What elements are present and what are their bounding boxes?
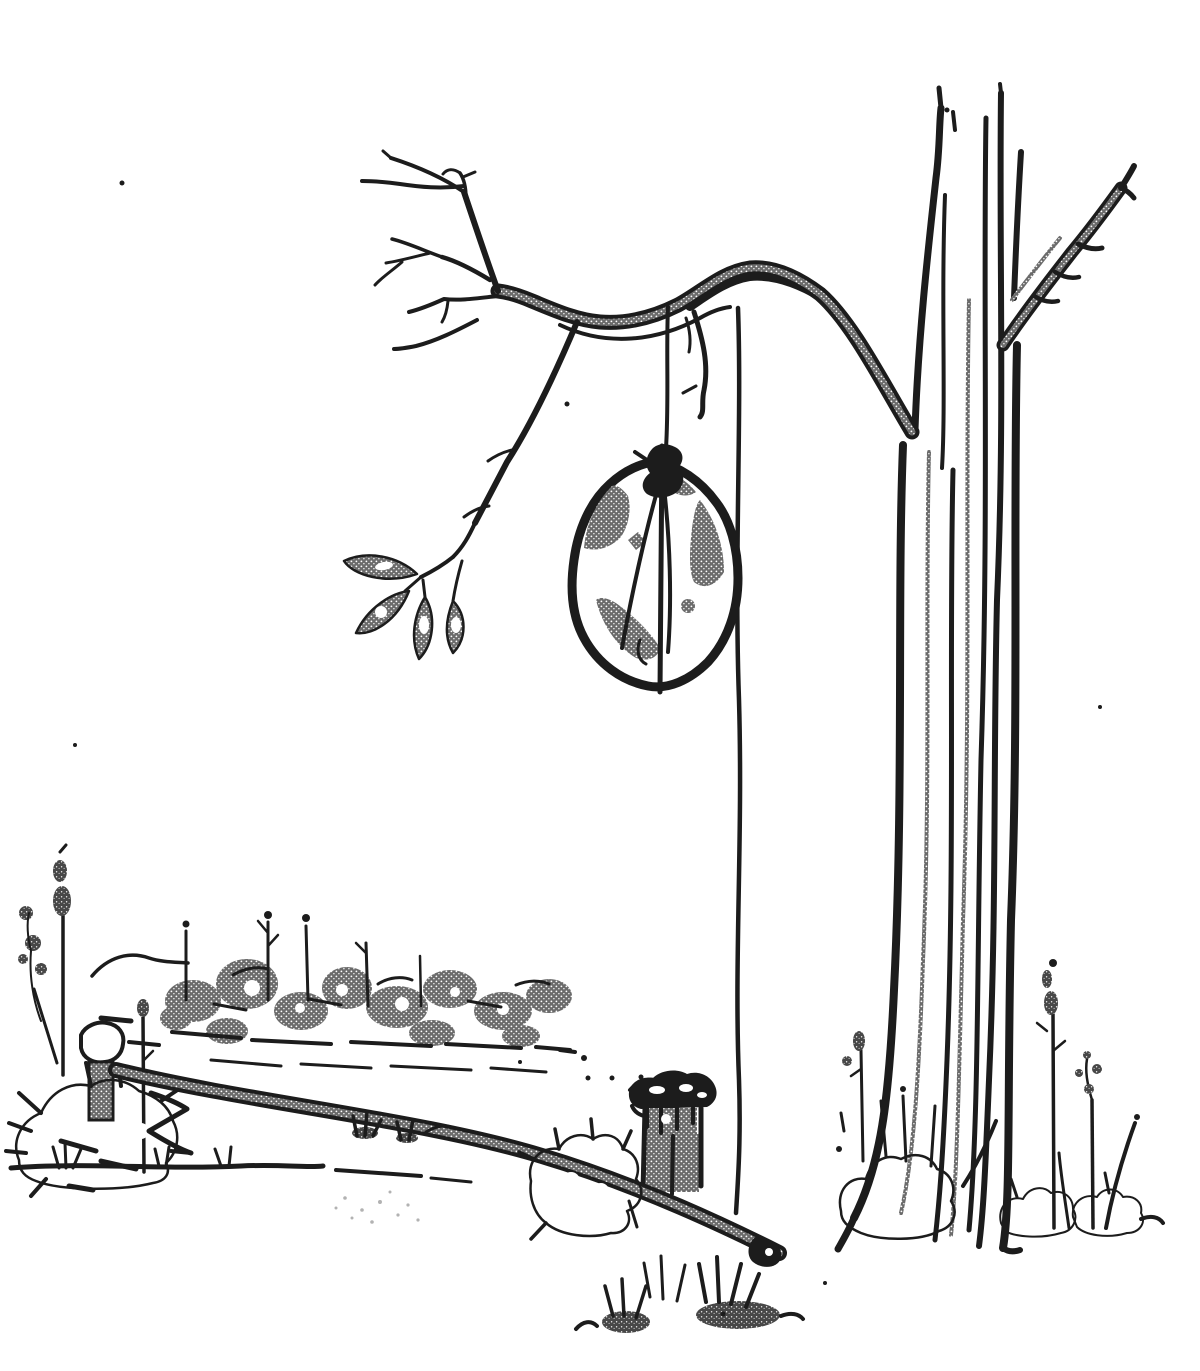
bundle-cord bbox=[666, 307, 668, 448]
hanging-bundle bbox=[572, 444, 738, 692]
suspension-knot bbox=[643, 444, 684, 498]
twig-fan bbox=[362, 151, 498, 349]
left-weed-stalks bbox=[18, 845, 159, 1172]
trunk-bark-lines bbox=[854, 93, 1021, 1248]
leaf-twig bbox=[453, 322, 577, 557]
ground-tufts bbox=[576, 1201, 803, 1333]
hooked-twig bbox=[683, 312, 706, 417]
trunk-top-stubs bbox=[939, 84, 1001, 130]
drawing-canvas: Black-and-white halftone ink illustratio… bbox=[0, 0, 1200, 1371]
illustration: Black-and-white halftone ink illustratio… bbox=[0, 0, 1200, 1371]
gray-smudge bbox=[335, 1191, 420, 1224]
right-grass-stalks bbox=[1000, 959, 1163, 1237]
ground-line bbox=[11, 1143, 471, 1190]
ink-specks bbox=[73, 108, 1102, 1286]
center-fence-post bbox=[629, 1071, 717, 1194]
tree-trunk bbox=[838, 84, 1134, 1251]
pole-end bbox=[748, 1236, 781, 1267]
leaf-cluster bbox=[344, 555, 464, 659]
upper-right-branch bbox=[1003, 166, 1134, 345]
long-cord bbox=[736, 308, 740, 1213]
